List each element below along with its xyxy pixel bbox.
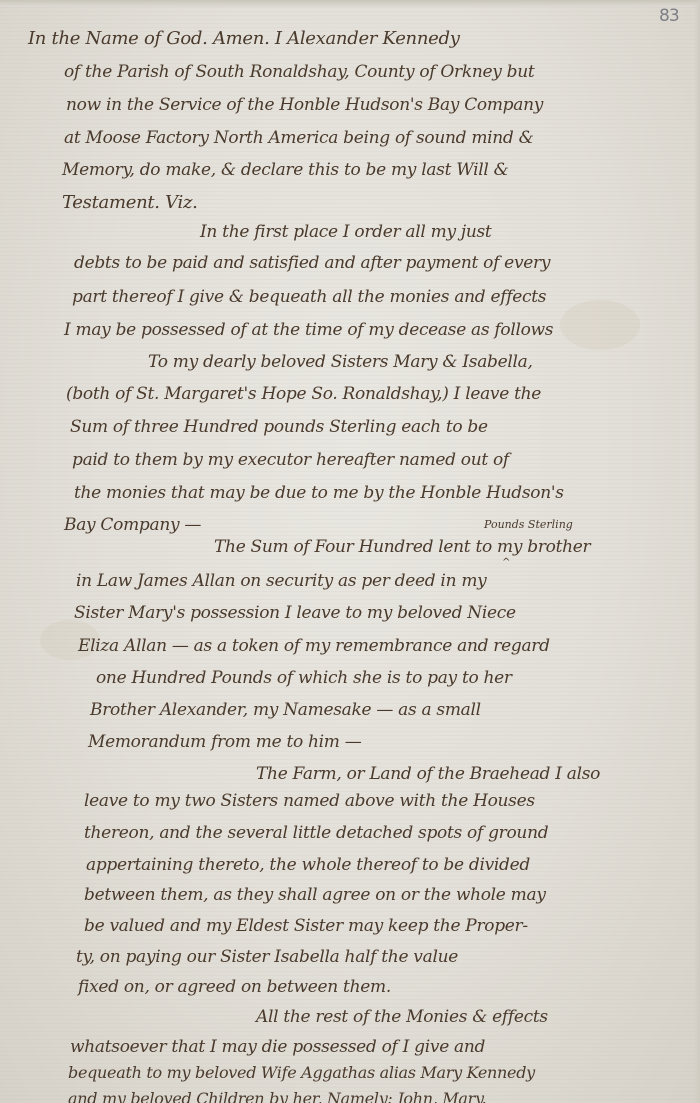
text-line: In the Name of God. Amen. I Alexander Ke… (28, 28, 460, 49)
page-number: 83 (659, 6, 679, 26)
text-line: All the rest of the Monies & effects (256, 1007, 548, 1027)
text-line: fixed on, or agreed on between them. (78, 977, 391, 997)
text-line: of the Parish of South Ronaldshay, Count… (64, 62, 534, 82)
text-line: bequeath to my beloved Wife Aggathas ali… (68, 1063, 535, 1082)
text-line: now in the Service of the Honble Hudson'… (66, 95, 543, 115)
text-line: and my beloved Children by her, Namely: … (68, 1089, 486, 1103)
text-line: In the first place I order all my just (200, 222, 491, 242)
text-line: Testament. Viz. (62, 192, 198, 213)
text-line: Sister Mary's possession I leave to my b… (74, 603, 516, 623)
text-line: thereon, and the several little detached… (84, 823, 548, 843)
text-line: ty, on paying our Sister Isabella half t… (76, 947, 458, 967)
text-line: appertaining thereto, the whole thereof … (86, 855, 530, 875)
text-line: (both of St. Margaret's Hope So. Ronalds… (66, 384, 541, 404)
insertion-caret: ^ (502, 557, 510, 568)
text-line: debts to be paid and satisfied and after… (74, 253, 550, 273)
text-line: one Hundred Pounds of which she is to pa… (96, 668, 512, 688)
text-line: paid to them by my executor hereafter na… (72, 450, 509, 470)
text-line: the monies that may be due to me by the … (74, 483, 564, 503)
text-line: in Law James Allan on security as per de… (76, 571, 486, 591)
text-line: Bay Company — (64, 515, 201, 535)
manuscript-page: 83 In the Name of God. Amen. I Alexander… (0, 0, 700, 1103)
text-line: whatsoever that I may die possessed of I… (70, 1037, 485, 1057)
text-line: The Farm, or Land of the Braehead I also (256, 764, 600, 784)
paper-right-edge (694, 0, 700, 1103)
text-line: be valued and my Eldest Sister may keep … (84, 916, 528, 936)
text-line: To my dearly beloved Sisters Mary & Isab… (148, 352, 533, 372)
text-line: Memorandum from me to him — (88, 732, 361, 752)
text-line: Memory, do make, & declare this to be my… (62, 160, 508, 180)
paper-stain (560, 300, 640, 350)
interlinear-insertion: Pounds Sterling (484, 518, 573, 531)
text-line: leave to my two Sisters named above with… (84, 791, 535, 811)
text-line: between them, as they shall agree on or … (84, 885, 546, 905)
text-line: The Sum of Four Hundred lent to my broth… (214, 537, 590, 557)
text-line: Sum of three Hundred pounds Sterling eac… (70, 417, 488, 437)
text-line: Brother Alexander, my Namesake — as a sm… (90, 700, 481, 720)
text-line: part thereof I give & bequeath all the m… (72, 287, 546, 307)
text-line: at Moose Factory North America being of … (64, 128, 533, 148)
paper-top-edge (0, 0, 700, 7)
text-line: Eliza Allan — as a token of my remembran… (78, 636, 550, 656)
text-line: I may be possessed of at the time of my … (64, 320, 553, 340)
